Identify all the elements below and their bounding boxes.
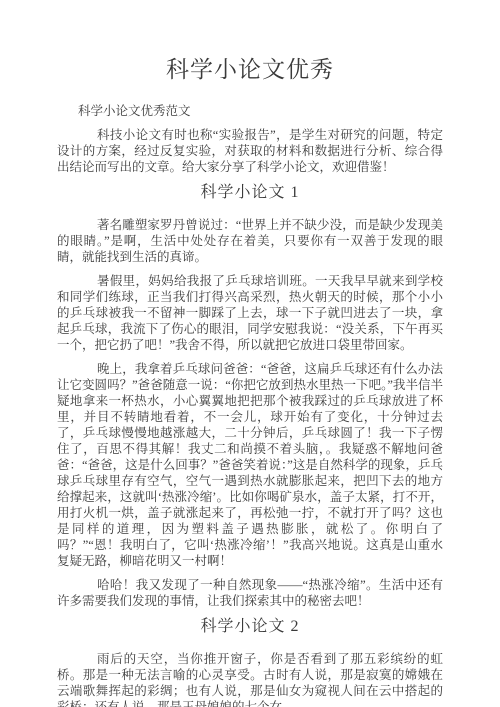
section-1-paragraph-2: 暑假里，妈妈给我报了乒乓球培训班。一天我早早就来到学校和同学们练球，正当我们打得… <box>57 273 443 353</box>
document-page: 科学小论文优秀 科学小论文优秀范文 科技小论文有时也称“实验报告”，是学生对研究… <box>0 0 500 707</box>
section-2-heading: 科学小论文 2 <box>57 617 443 637</box>
section-1-heading: 科学小论文 1 <box>57 183 443 203</box>
section-1-paragraph-4: 哈哈！我又发现了一种自然现象——“热涨冷缩”。生活中还有许多需要我们发现的事情，… <box>57 577 443 609</box>
page-title: 科学小论文优秀 <box>57 55 443 85</box>
section-1-paragraph-3: 晚上，我拿着乒乓球问爸爸：“爸爸，这扁乒乓球还有什么办法让它变圆吗？”爸爸随意一… <box>57 361 443 569</box>
intro-paragraph: 科技小论文有时也称“实验报告”，是学生对研究的问题，特定设计的方案，经过反复实验… <box>57 127 443 175</box>
section-2-paragraph-1: 雨后的天空，当你推开窗子，你是否看到了那五彩缤纷的虹桥。那是一种无法言喻的心灵享… <box>57 651 443 707</box>
doc-subtitle: 科学小论文优秀范文 <box>57 103 443 119</box>
section-1-paragraph-1: 著名雕塑家罗丹曾说过：“世界上并不缺少没，而是缺少发现美的眼睛。”是啊，生活中处… <box>57 217 443 265</box>
